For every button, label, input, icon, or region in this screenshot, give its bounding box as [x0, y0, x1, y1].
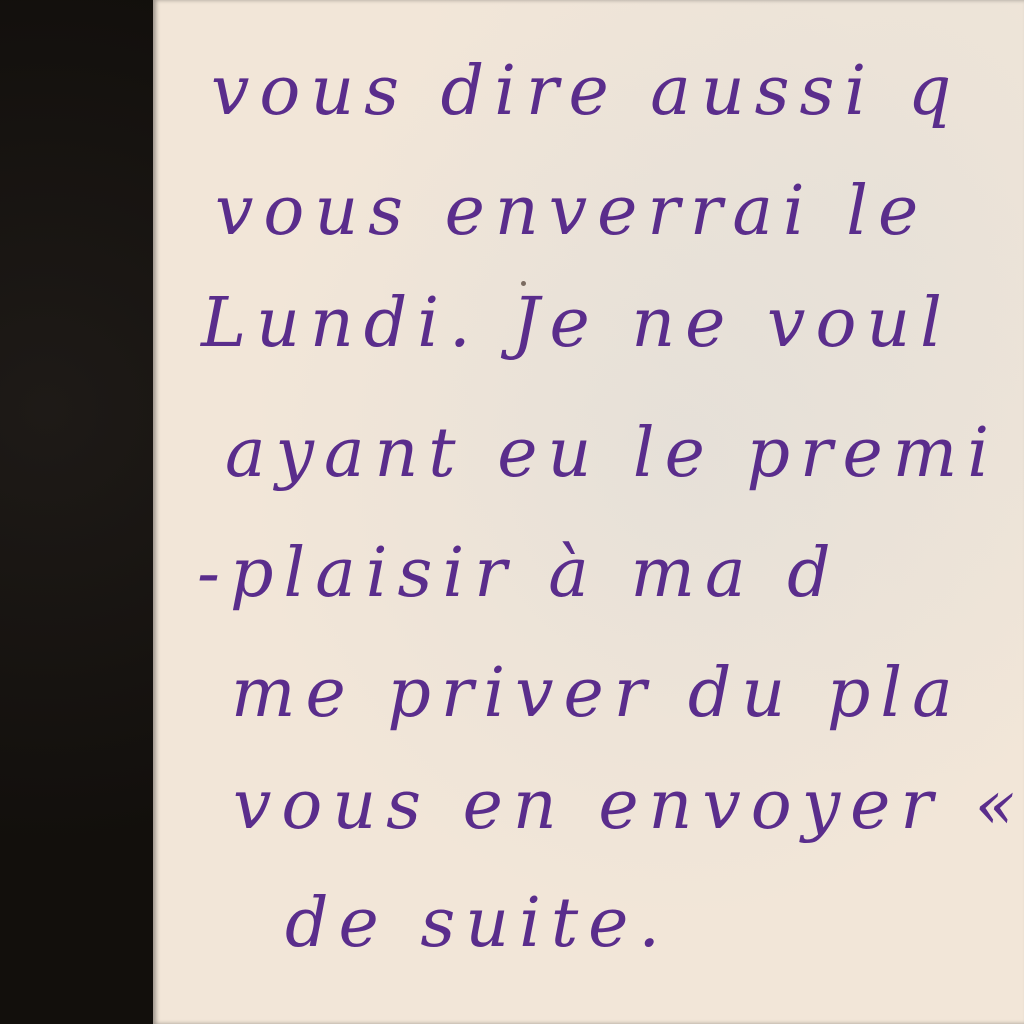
letter-line-6: me priver du pla: [231, 660, 963, 728]
document-scan: vous dire aussi q vous enverrai le Lundi…: [0, 0, 1024, 1024]
letter-line-3: Lundi. Je ne voul: [201, 290, 952, 358]
letter-line-8: de suite.: [285, 890, 670, 958]
letter-line-2: vous enverrai le: [215, 178, 928, 246]
letter-line-5: -plaisir à ma d: [197, 540, 841, 608]
paper-speck: [521, 281, 526, 286]
letter-line-7: vous en envoyer «: [233, 772, 1024, 840]
letter-line-4: ayant eu le premi: [225, 420, 999, 488]
letter-page: vous dire aussi q vous enverrai le Lundi…: [153, 0, 1024, 1024]
letter-line-1: vous dire aussi q: [211, 58, 961, 126]
dark-backing: [0, 0, 153, 1024]
